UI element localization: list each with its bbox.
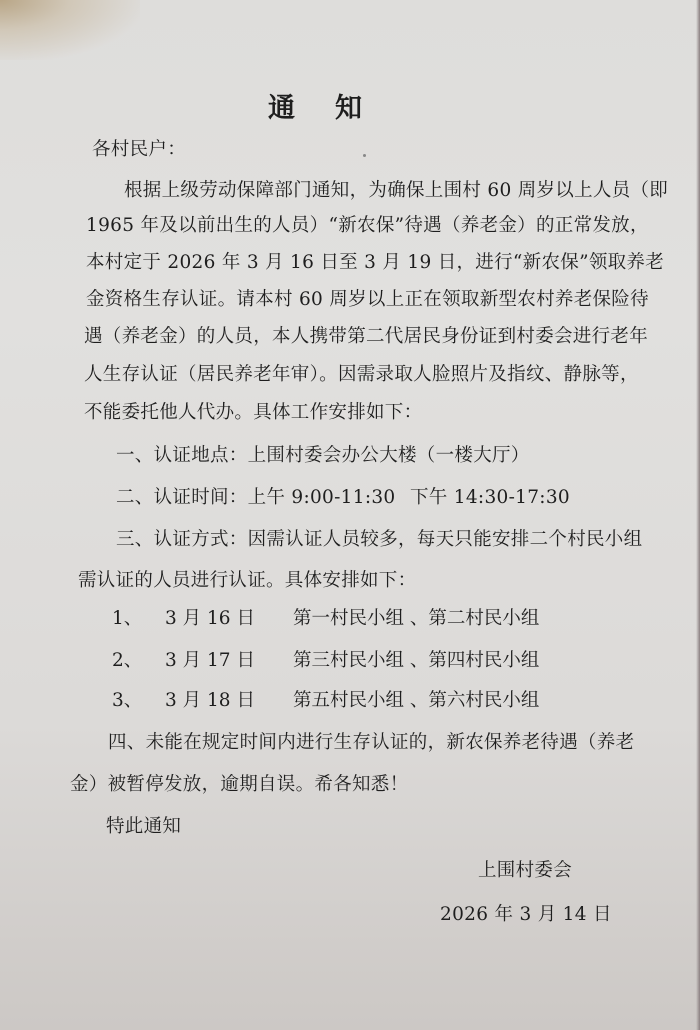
body-line-6: 人生存认证（居民养老年审）。因需录取人脸照片及指纹、静脉等， xyxy=(84,360,639,386)
item-location: 一、认证地点：上围村委会办公大楼（一楼大厅） xyxy=(116,441,530,467)
item-method-line-2: 需认证的人员进行认证。具体安排如下： xyxy=(78,566,416,592)
salutation: 各村民户： xyxy=(92,135,186,161)
item-time-afternoon: 下午 14:30-17:30 xyxy=(410,483,570,509)
title-char-1: 通 xyxy=(268,93,297,124)
body-line-5: 遇（养老金）的人员，本人携带第二代居民身份证到村委会进行老年 xyxy=(84,322,648,348)
closing-text: 特此通知 xyxy=(106,812,181,838)
item-time-morning: 二、认证时间：上午 9:00-11:30 xyxy=(116,483,396,509)
warning-line-1: 四、未能在规定时间内进行生存认证的，新农保养老待遇（养老 xyxy=(108,728,634,754)
title-char-2: 知 xyxy=(335,93,364,124)
notice-document: 通知 各村民户： 根据上级劳动保障部门通知，为确保上围村 60 周岁以上人员（即… xyxy=(0,0,700,1030)
body-line-7: 不能委托他人代办。具体工作安排如下： xyxy=(84,398,422,424)
body-line-1: 根据上级劳动保障部门通知，为确保上围村 60 周岁以上人员（即 xyxy=(124,176,668,202)
schedule-number: 2、 xyxy=(112,646,142,672)
item-method-line-1: 三、认证方式：因需认证人员较多，每天只能安排二个村民小组 xyxy=(116,525,642,551)
notice-date: 2026 年 3 月 14 日 xyxy=(440,900,612,926)
schedule-date: 3 月 16 日 xyxy=(165,604,255,630)
notice-title: 通知 xyxy=(268,86,364,125)
body-line-4: 金资格生存认证。请本村 60 周岁以上正在领取新型农村养老保险待 xyxy=(86,285,649,311)
schedule-number: 1、 xyxy=(112,604,142,630)
schedule-date: 3 月 17 日 xyxy=(165,646,255,672)
signature: 上围村委会 xyxy=(478,856,572,882)
schedule-groups: 第一村民小组 、第二村民小组 xyxy=(293,604,539,630)
warning-line-2: 金）被暂停发放，逾期自误。希各知悉！ xyxy=(70,770,408,796)
paper-speck xyxy=(363,154,366,157)
body-line-2: 1965 年及以前出生的人员）“新农保”待遇（养老金）的正常发放， xyxy=(86,211,649,237)
schedule-groups: 第五村民小组 、第六村民小组 xyxy=(293,686,539,712)
schedule-number: 3、 xyxy=(112,686,142,712)
body-line-3: 本村定于 2026 年 3 月 16 日至 3 月 19 日，进行“新农保”领取… xyxy=(86,248,664,274)
schedule-groups: 第三村民小组 、第四村民小组 xyxy=(293,646,539,672)
schedule-date: 3 月 18 日 xyxy=(165,686,255,712)
